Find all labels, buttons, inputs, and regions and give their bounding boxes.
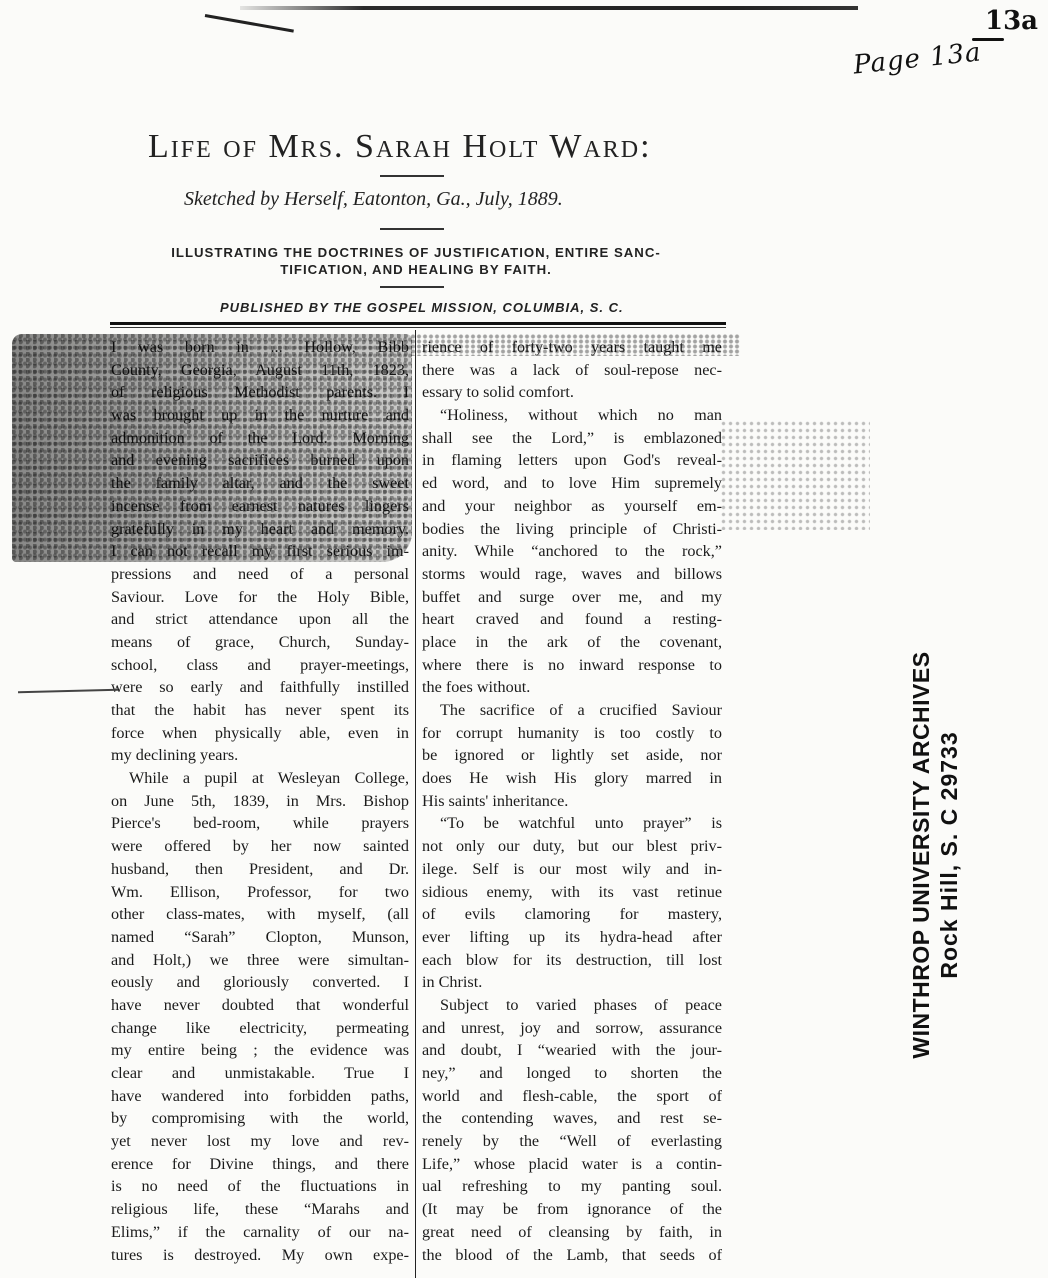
text-line: the foes without. bbox=[422, 676, 722, 699]
left-text-column: I was born in ... Hollow, BibbCounty, Ge… bbox=[111, 336, 409, 1266]
text-line: were so early and faithfully instilled bbox=[111, 676, 409, 699]
title-rule bbox=[380, 175, 444, 177]
text-line: change like electricity, permeating bbox=[111, 1017, 409, 1040]
text-line: ilege. Self is our most wily and in- bbox=[422, 858, 722, 881]
text-line: clear and unmistakable. True I bbox=[111, 1062, 409, 1085]
text-line: the family altar, and the sweet bbox=[111, 472, 409, 495]
text-line: His saints' inheritance. bbox=[422, 790, 722, 813]
text-line: I can not recall my first serious im- bbox=[111, 540, 409, 563]
text-line: place in the ark of the covenant, bbox=[422, 631, 722, 654]
text-line: sidious enemy, with its vast retinue bbox=[422, 881, 722, 904]
stray-pencil-mark bbox=[18, 689, 118, 694]
text-line: there was a lack of soul-repose nec- bbox=[422, 359, 722, 382]
subtitle-rule bbox=[380, 228, 444, 230]
text-line: erence for Divine things, and there bbox=[111, 1153, 409, 1176]
text-line: my entire being ; the evidence was bbox=[111, 1039, 409, 1062]
text-line: Pierce's bed-room, while prayers bbox=[111, 812, 409, 835]
text-line: Subject to varied phases of peace bbox=[422, 994, 722, 1017]
text-line: pressions and need of a personal bbox=[111, 563, 409, 586]
text-line: “To be watchful unto prayer” is bbox=[422, 812, 722, 835]
text-line: not only our duty, but our blest priv- bbox=[422, 835, 722, 858]
text-line: essary to solid comfort. bbox=[422, 381, 722, 404]
text-line: yet never lost my love and rev- bbox=[111, 1130, 409, 1153]
column-divider bbox=[415, 330, 416, 1278]
publisher-line: PUBLISHED BY THE GOSPEL MISSION, COLUMBI… bbox=[220, 300, 624, 315]
text-line: Elims,” if the carnality of our na- bbox=[111, 1221, 409, 1244]
text-line: storms would rage, waves and billows bbox=[422, 563, 722, 586]
text-line: the blood of the Lamb, that seeds of bbox=[422, 1244, 722, 1267]
binding-edge-stroke bbox=[205, 14, 294, 33]
text-line: gratefully in my heart and memory. bbox=[111, 518, 409, 541]
text-line: is no need of the fluctuations in bbox=[111, 1175, 409, 1198]
text-line: heart craved and found a resting- bbox=[422, 608, 722, 631]
text-line: that the habit has never spent its bbox=[111, 699, 409, 722]
header-thin-rule bbox=[110, 327, 726, 328]
text-line: Life,” whose placid water is a contin- bbox=[422, 1153, 722, 1176]
text-line: anity. While “anchored to the rock,” bbox=[422, 540, 722, 563]
text-line: and Holt,) we three were simultan- bbox=[111, 949, 409, 972]
text-line: the contending waves, and rest se- bbox=[422, 1107, 722, 1130]
illustrating-statement: ILLUSTRATING THE DOCTRINES OF JUSTIFICAT… bbox=[108, 244, 724, 278]
text-line: great need of cleansing by faith, in bbox=[422, 1221, 722, 1244]
text-line: buffet and surge over me, and my bbox=[422, 586, 722, 609]
page-number-underline bbox=[972, 38, 1004, 41]
binding-edge-rule bbox=[240, 6, 858, 10]
text-line: “Holiness, without which no man bbox=[422, 404, 722, 427]
text-line: was brought up in the nurture and bbox=[111, 404, 409, 427]
illustrating-line-1: ILLUSTRATING THE DOCTRINES OF JUSTIFICAT… bbox=[108, 244, 724, 261]
text-line: have wandered into forbidden paths, bbox=[111, 1085, 409, 1108]
text-line: and unrest, joy and sorrow, assurance bbox=[422, 1017, 722, 1040]
header-heavy-rule bbox=[110, 322, 726, 325]
text-line: world and flesh-cable, the sport of bbox=[422, 1085, 722, 1108]
archive-stamp-name: WINTHROP UNIVERSITY ARCHIVES bbox=[907, 645, 935, 1065]
text-line: Wm. Ellison, Professor, for two bbox=[111, 881, 409, 904]
text-line: Saviour. Love for the Holy Bible, bbox=[111, 586, 409, 609]
text-line: ed word, and to love Him supremely bbox=[422, 472, 722, 495]
text-line: and doubt, I “wearied with the jour- bbox=[422, 1039, 722, 1062]
text-line: religious life, these “Marahs and bbox=[111, 1198, 409, 1221]
article-title: Life of Mrs. Sarah Holt Ward: bbox=[148, 128, 708, 166]
text-line: tures is destroyed. My own expe- bbox=[111, 1244, 409, 1267]
text-line: ney,” and longed to shorten the bbox=[422, 1062, 722, 1085]
text-line: bodies the living principle of Christi- bbox=[422, 518, 722, 541]
text-line: be ignored or lightly set aside, nor bbox=[422, 744, 722, 767]
text-line: While a pupil at Wesleyan College, bbox=[111, 767, 409, 790]
illustrating-rule bbox=[380, 286, 444, 288]
handwritten-page-number: 13a bbox=[985, 6, 1038, 36]
text-line: in Christ. bbox=[422, 971, 722, 994]
text-line: does He wish His glory marred in bbox=[422, 767, 722, 790]
photocopy-speckle bbox=[720, 420, 870, 530]
text-line: of religious Methodist parents. I bbox=[111, 381, 409, 404]
text-line: rience of forty-two years taught me bbox=[422, 336, 722, 359]
illustrating-line-2: TIFICATION, AND HEALING BY FAITH. bbox=[108, 261, 724, 278]
text-line: and strict attendance upon all the bbox=[111, 608, 409, 631]
text-line: where there is no inward response to bbox=[422, 654, 722, 677]
text-line: named “Sarah” Clopton, Munson, bbox=[111, 926, 409, 949]
text-line: were offered by her now sainted bbox=[111, 835, 409, 858]
archive-stamp: WINTHROP UNIVERSITY ARCHIVES Rock Hill, … bbox=[907, 645, 963, 1065]
archive-stamp-address: Rock Hill, S. C 29733 bbox=[935, 645, 963, 1065]
text-line: in flaming letters upon God's reveal- bbox=[422, 449, 722, 472]
text-line: for corrupt humanity is too costly to bbox=[422, 722, 722, 745]
text-line: each blow for its destruction, till lost bbox=[422, 949, 722, 972]
text-line: have never doubted that wonderful bbox=[111, 994, 409, 1017]
text-line: incense from earnest natures lingers bbox=[111, 495, 409, 518]
text-line: my declining years. bbox=[111, 744, 409, 767]
text-line: means of grace, Church, Sunday- bbox=[111, 631, 409, 654]
text-line: (It may be from ignorance of the bbox=[422, 1198, 722, 1221]
text-line: ual refreshing to my panting soul. bbox=[422, 1175, 722, 1198]
text-line: and your neighbor as yourself em- bbox=[422, 495, 722, 518]
text-line: and evening sacrifices burned upon bbox=[111, 449, 409, 472]
text-line: eously and gloriously converted. I bbox=[111, 971, 409, 994]
text-line: admonition of the Lord. Morning bbox=[111, 427, 409, 450]
text-line: I was born in ... Hollow, Bibb bbox=[111, 336, 409, 359]
text-line: by compromising with the world, bbox=[111, 1107, 409, 1130]
text-line: husband, then President, and Dr. bbox=[111, 858, 409, 881]
article-subtitle: Sketched by Herself, Eatonton, Ga., July… bbox=[184, 188, 563, 211]
text-line: on June 5th, 1839, in Mrs. Bishop bbox=[111, 790, 409, 813]
text-line: of evils clamoring for mastery, bbox=[422, 903, 722, 926]
text-line: County, Georgia, August 11th, 1823, bbox=[111, 359, 409, 382]
handwritten-page-label: Page 13a bbox=[852, 37, 983, 80]
scanned-document-page: Page 13a 13a Life of Mrs. Sarah Holt War… bbox=[0, 0, 1048, 1278]
right-text-column: rience of forty-two years taught methere… bbox=[422, 336, 722, 1266]
text-line: The sacrifice of a crucified Saviour bbox=[422, 699, 722, 722]
text-line: force when physically able, even in bbox=[111, 722, 409, 745]
text-line: school, class and prayer-meetings, bbox=[111, 654, 409, 677]
text-line: other class-mates, with myself, (all bbox=[111, 903, 409, 926]
text-line: shall see the Lord,” is emblazoned bbox=[422, 427, 722, 450]
text-line: ever lifting up its hydra-head after bbox=[422, 926, 722, 949]
text-line: renely by the “Well of everlasting bbox=[422, 1130, 722, 1153]
